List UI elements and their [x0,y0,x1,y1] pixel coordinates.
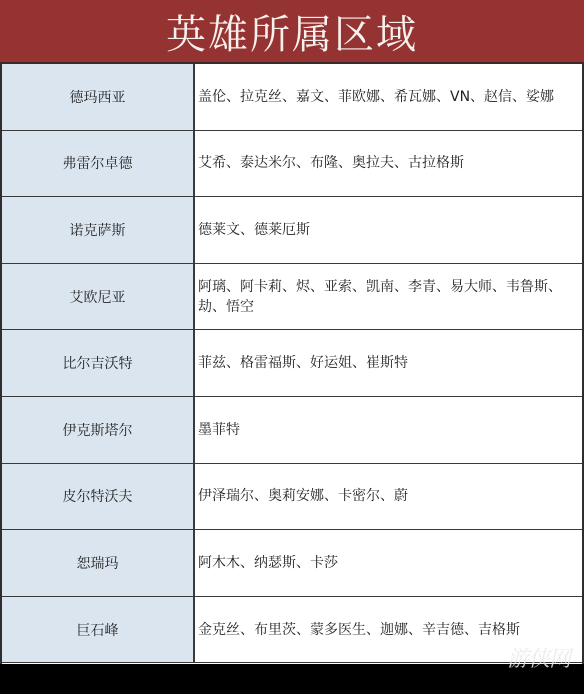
table-row: 恕瑞玛 阿木木、纳瑟斯、卡莎 [2,530,582,597]
watermark-logo: 游侠网 [507,642,570,673]
hero-region-table: 德玛西亚 盖伦、拉克丝、嘉文、菲欧娜、希瓦娜、VN、赵信、娑娜 弗雷尔卓德 艾希… [0,64,584,664]
table-row: 诺克萨斯 德莱文、德莱厄斯 [2,197,582,264]
region-cell: 艾欧尼亚 [2,264,195,330]
table-row: 比尔吉沃特 菲兹、格雷福斯、好运姐、崔斯特 [2,330,582,397]
heroes-cell: 艾希、泰达米尔、布隆、奥拉夫、古拉格斯 [195,131,582,197]
table-row: 弗雷尔卓德 艾希、泰达米尔、布隆、奥拉夫、古拉格斯 [2,131,582,198]
heroes-cell: 德莱文、德莱厄斯 [195,197,582,263]
region-cell: 巨石峰 [2,597,195,663]
table-row: 德玛西亚 盖伦、拉克丝、嘉文、菲欧娜、希瓦娜、VN、赵信、娑娜 [2,64,582,131]
region-cell: 皮尔特沃夫 [2,464,195,530]
table-row: 巨石峰 金克丝、布里茨、蒙多医生、迦娜、辛吉德、吉格斯 [2,597,582,664]
heroes-cell: 菲兹、格雷福斯、好运姐、崔斯特 [195,330,582,396]
heroes-cell: 阿璃、阿卡莉、烬、亚索、凯南、李青、易大师、韦鲁斯、劫、悟空 [195,264,582,330]
page-title: 英雄所属区域 [0,0,584,64]
region-cell: 诺克萨斯 [2,197,195,263]
region-table-page: 英雄所属区域 德玛西亚 盖伦、拉克丝、嘉文、菲欧娜、希瓦娜、VN、赵信、娑娜 弗… [0,0,584,664]
heroes-cell: 伊泽瑞尔、奥莉安娜、卡密尔、蔚 [195,464,582,530]
heroes-cell: 阿木木、纳瑟斯、卡莎 [195,530,582,596]
table-row: 皮尔特沃夫 伊泽瑞尔、奥莉安娜、卡密尔、蔚 [2,464,582,531]
region-cell: 弗雷尔卓德 [2,131,195,197]
region-cell: 德玛西亚 [2,64,195,130]
region-cell: 伊克斯塔尔 [2,397,195,463]
table-row: 伊克斯塔尔 墨菲特 [2,397,582,464]
heroes-cell: 墨菲特 [195,397,582,463]
region-cell: 比尔吉沃特 [2,330,195,396]
heroes-cell: 盖伦、拉克丝、嘉文、菲欧娜、希瓦娜、VN、赵信、娑娜 [195,64,582,130]
table-row: 艾欧尼亚 阿璃、阿卡莉、烬、亚索、凯南、李青、易大师、韦鲁斯、劫、悟空 [2,264,582,331]
region-cell: 恕瑞玛 [2,530,195,596]
